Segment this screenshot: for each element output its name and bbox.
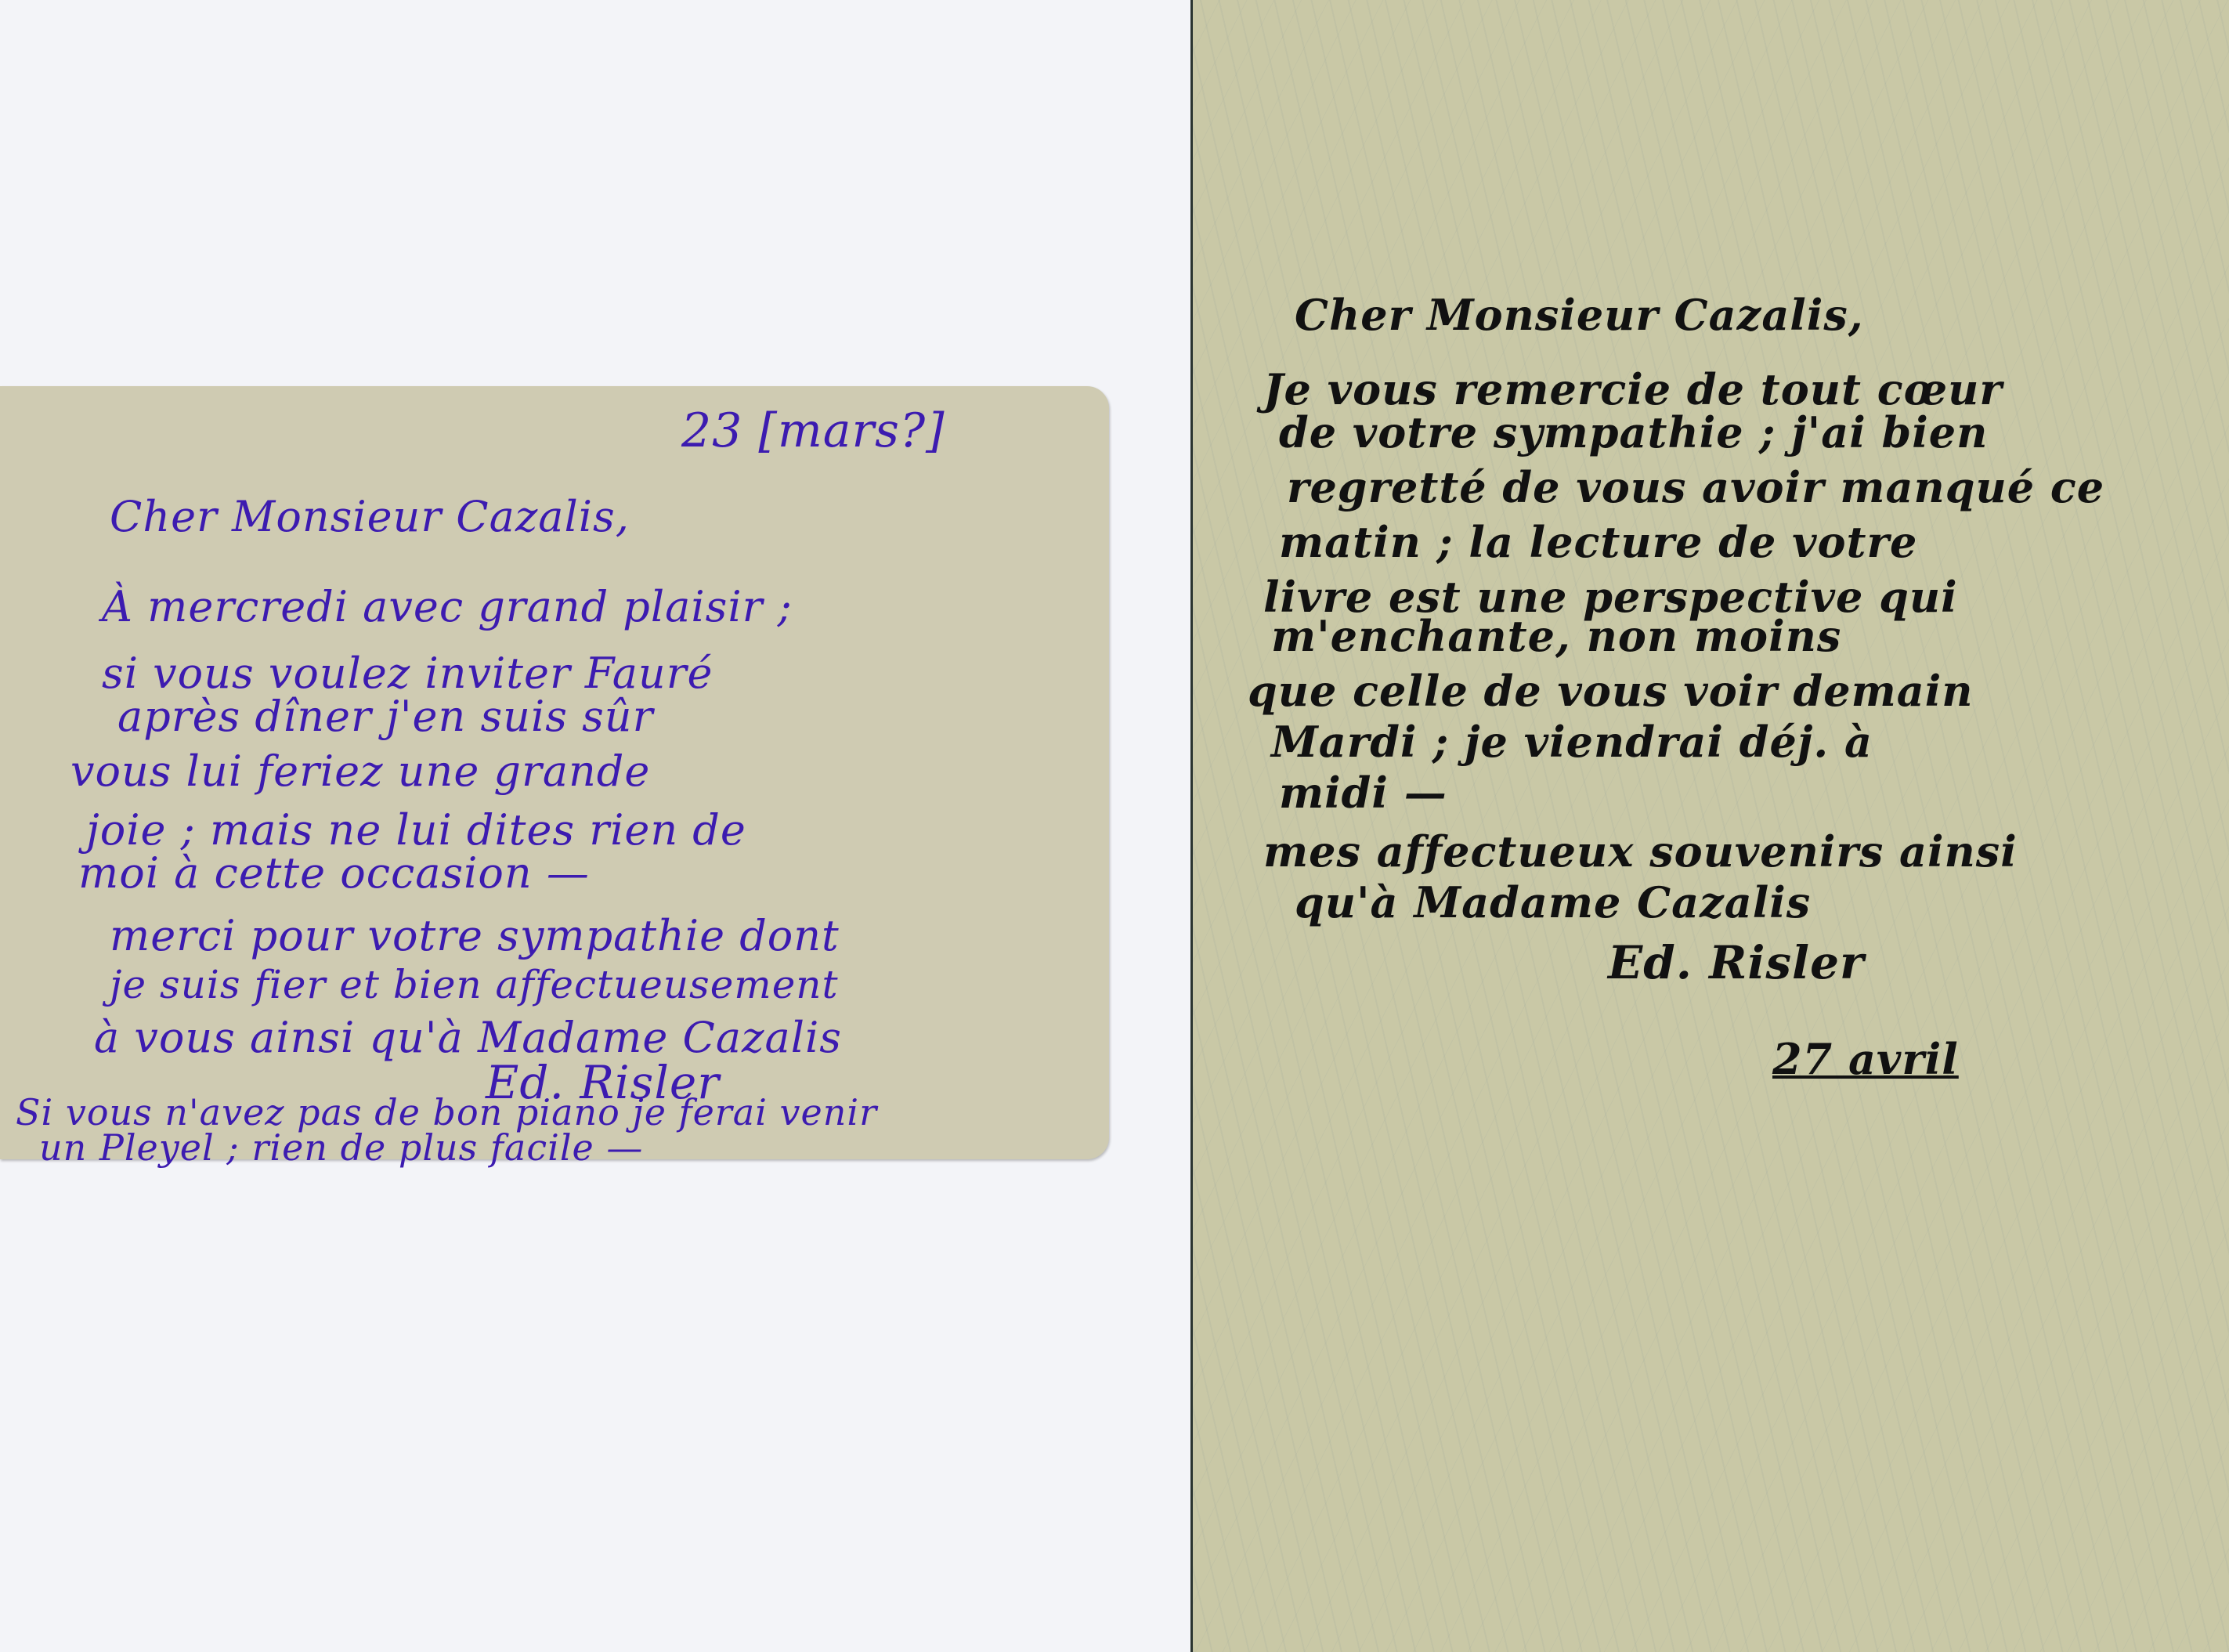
sheet-line-7: que celle de vous voir demain <box>1248 666 1974 716</box>
sheet-line-9: midi — <box>1279 768 1447 818</box>
card-line-1: À mercredi avec grand plaisir ; <box>102 582 793 631</box>
card-line-6: moi à cette occasion — <box>78 848 590 898</box>
sheet-line-2: de votre sympathie ; j'ai bien <box>1279 407 1988 457</box>
card-line-4: vous lui feriez une grande <box>70 746 650 796</box>
handwritten-card-letter: 23 [mars?] Cher Monsieur Cazalis, À merc… <box>0 386 1109 1159</box>
sheet-line-11: qu'à Madame Cazalis <box>1295 877 1811 927</box>
card-line-9: à vous ainsi qu'à Madame Cazalis <box>94 1013 842 1062</box>
sheet-line-4: matin ; la lecture de votre <box>1279 517 1917 567</box>
card-line-5: joie ; mais ne lui dites rien de <box>86 805 746 855</box>
sheet-line-3: regretté de vous avoir manqué ce <box>1287 462 2104 512</box>
sheet-line-6: m'enchante, non moins <box>1271 611 1841 661</box>
card-salutation: Cher Monsieur Cazalis, <box>110 492 630 541</box>
sheet-date: 27 avril <box>1772 1034 1959 1084</box>
sheet-line-10: mes affectueux souvenirs ainsi <box>1263 826 2018 877</box>
card-line-2: si vous voulez inviter Fauré <box>102 649 713 698</box>
sheet-signature: Ed. Risler <box>1608 936 1865 989</box>
card-line-7: merci pour votre sympathie dont <box>110 911 840 960</box>
card-date: 23 [mars?] <box>681 403 945 458</box>
card-postscript-2: un Pleyel ; rien de plus facile — <box>39 1126 643 1169</box>
sheet-salutation: Cher Monsieur Cazalis, <box>1295 290 1864 340</box>
handwritten-sheet-letter: Cher Monsieur Cazalis, Je vous remercie … <box>1190 0 2229 1652</box>
card-line-3: après dîner j'en suis sûr <box>117 692 653 741</box>
card-line-8: je suis fier et bien affectueusement <box>110 962 839 1007</box>
sheet-line-8: Mardi ; je viendrai déj. à <box>1271 717 1873 767</box>
